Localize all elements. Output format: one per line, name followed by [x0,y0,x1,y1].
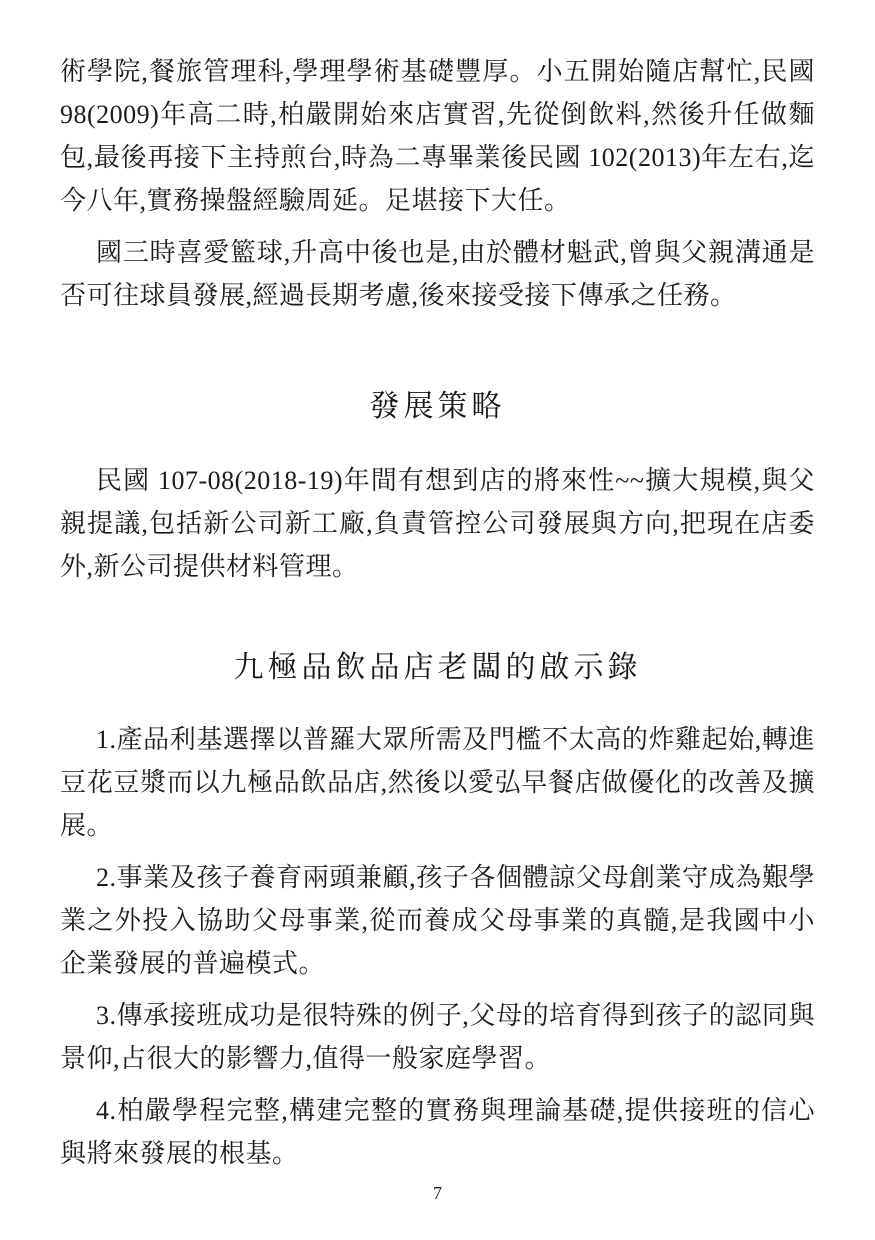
paragraph-basketball: 國三時喜愛籃球,升高中後也是,由於體材魁武,曾與父親溝通是否可往球員發展,經過長… [60,231,815,317]
revelation-item-3: 3.傳承接班成功是很特殊的例子,父母的培育得到孩子的認同與景仰,占很大的影響力,… [60,994,815,1080]
document-page: 術學院,餐旅管理科,學理學術基礎豐厚。小五開始隨店幫忙,民國98(2009)年高… [0,0,875,1240]
paragraph-continuation: 術學院,餐旅管理科,學理學術基礎豐厚。小五開始隨店幫忙,民國98(2009)年高… [60,50,815,222]
page-number: 7 [0,1183,875,1204]
revelation-item-1: 1.產品利基選擇以普羅大眾所需及門檻不太高的炸雞起始,轉進豆花豆漿而以九極品飲品… [60,718,815,847]
revelation-item-4: 4.柏嚴學程完整,構建完整的實務與理論基礎,提供接班的信心與將來發展的根基。 [60,1089,815,1175]
section-heading-development-strategy: 發展策略 [60,385,815,429]
section-heading-revelations: 九極品飲品店老闆的啟示錄 [60,646,815,690]
paragraph-development-strategy: 民國 107-08(2018-19)年間有想到店的將來性~~擴大規模,與父親提議… [60,459,815,588]
revelation-item-2: 2.事業及孩子養育兩頭兼顧,孩子各個體諒父母創業守成為艱學業之外投入協助父母事業… [60,856,815,985]
